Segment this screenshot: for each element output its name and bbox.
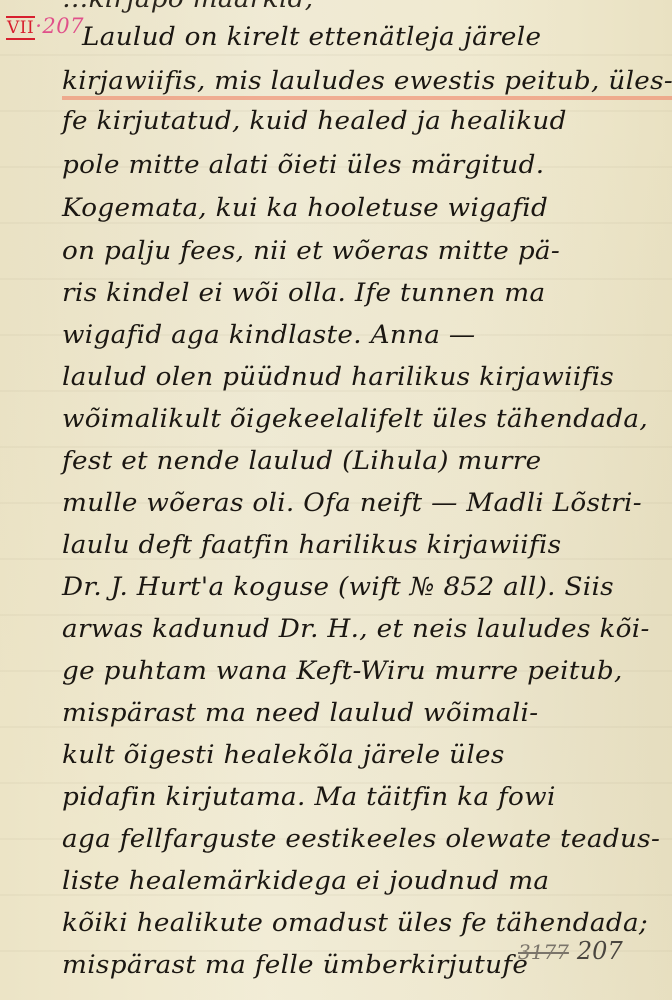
text-line: laulud olen püüdnud harilikus kirjawiifi… bbox=[62, 362, 614, 391]
text-line: fe kirjutatud, kuid healed ja healikud bbox=[62, 106, 567, 135]
text-line: aga fellfarguste eestikeeles olewate tea… bbox=[62, 824, 660, 853]
new-page-number: 207 bbox=[577, 937, 623, 965]
text-line: mispärast ma need laulud wõimali- bbox=[62, 698, 538, 727]
text-line: arwas kadunud Dr. H., et neis lauludes k… bbox=[62, 614, 650, 643]
text-line-pencil-underlined: ge puhtam wana Keft-Wiru murre peitub, bbox=[62, 656, 623, 685]
text-line-red-underlined: kirjawiifis, mis lauludes ewestis peitub… bbox=[62, 66, 672, 100]
text-line: ris kindel ei wõi olla. Ife tunnen ma bbox=[62, 278, 545, 307]
text-line: kõiki healikute omadust üles fe tähendad… bbox=[62, 908, 648, 937]
text-line: on palju fees, nii et wõeras mitte pä- bbox=[62, 236, 560, 265]
shelfmark-number: 207 bbox=[42, 14, 84, 38]
text-line: mulle wõeras oli. Ofa neift — Madli Lõst… bbox=[62, 488, 642, 517]
text-line-pencil-underlined: fest et nende laulud (Lihula) murre bbox=[62, 446, 541, 475]
text-line: liste healemärkidega ei joudnud ma bbox=[62, 866, 549, 895]
archive-shelfmark: VII·207 bbox=[6, 14, 84, 38]
text-line: …kirjapõ maarkid, bbox=[62, 0, 313, 13]
page-number: 3177207 bbox=[518, 937, 623, 965]
old-page-number-struck: 3177 bbox=[518, 940, 569, 964]
text-line: pole mitte alati õieti üles märgitud. bbox=[62, 150, 544, 179]
text-line: mispärast ma felle ümberkirjutufe bbox=[62, 950, 528, 979]
text-line: Kogemata, kui ka hooletuse wigafid bbox=[62, 193, 548, 222]
text-line: wõimalikult õigekeelalifelt üles tähenda… bbox=[62, 404, 648, 433]
text-line: pidafin kirjutama. Ma täitfin ka fowi bbox=[62, 782, 556, 811]
text-line: wigafid aga kindlaste. Anna — bbox=[62, 320, 475, 349]
shelfmark-roman: VII bbox=[6, 16, 35, 40]
text-line: Laulud on kirelt ettenätleja järele bbox=[82, 22, 541, 51]
text-line: kult õigesti healekõla järele üles bbox=[62, 740, 505, 769]
text-line-red-underlined: Dr. J. Hurt'a koguse (wift № 852 all). S… bbox=[62, 572, 614, 601]
text-line: laulu deft faatfin harilikus kirjawiifis bbox=[62, 530, 561, 559]
manuscript-page: VII·207 …kirjapõ maarkid, Laulud on kire… bbox=[0, 0, 672, 1000]
